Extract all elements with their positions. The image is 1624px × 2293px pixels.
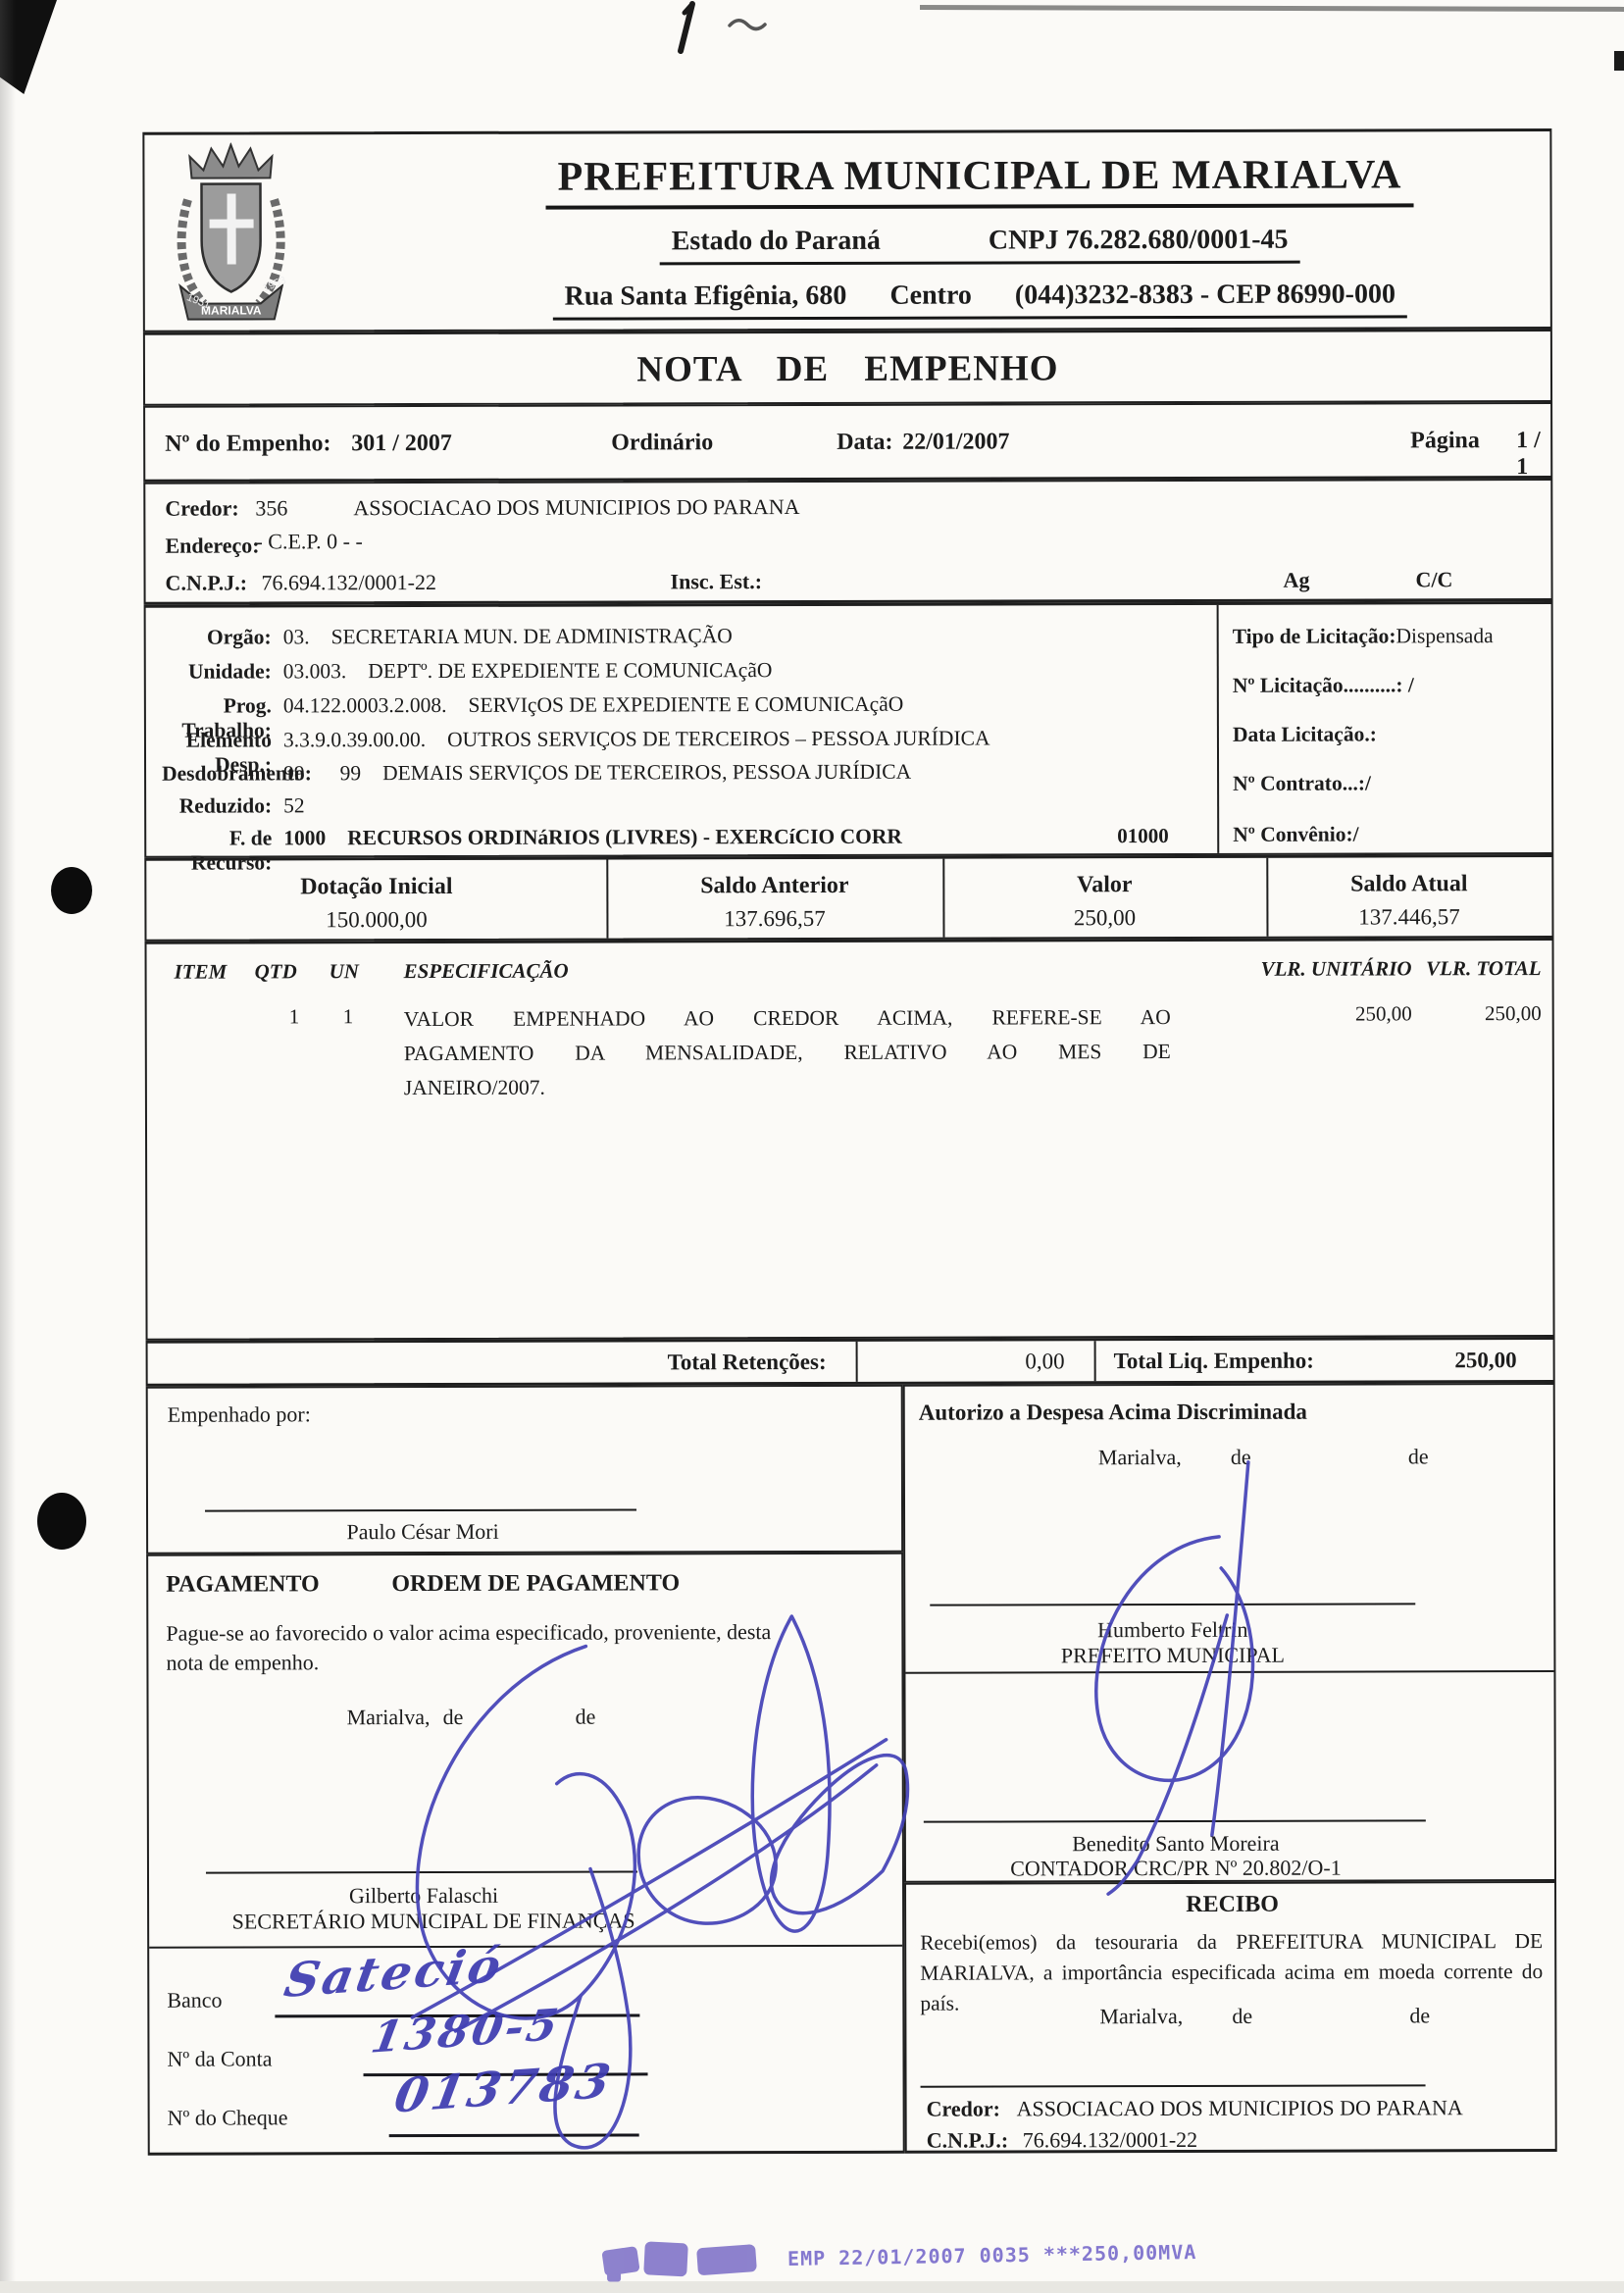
municipal-crest: 1951 MARIALVA 1953 (172, 142, 289, 327)
recibo-credor-label: Credor: (927, 2096, 1000, 2121)
address-street: Rua Santa Efigênia, 680 (565, 280, 847, 313)
budget-code: 03.003. (283, 659, 347, 684)
empenhado-signer-name: Paulo César Mori (256, 1519, 589, 1546)
budget-label: Desdobramento: (162, 761, 272, 786)
creditor-cnpj-label: C.N.P.J.: (166, 570, 248, 595)
autorizacao-box: Autorizo a Despesa Acima Discriminada Ma… (903, 1383, 1556, 1883)
banco-label: Banco (167, 1988, 222, 2013)
recibo-box: RECIBO Recebi(emos) da tesouraria da PRE… (904, 1881, 1557, 2154)
creditor-label: Credor: (165, 496, 238, 522)
licitacao-tipo: Tipo de Licitação:Dispensada (1233, 624, 1547, 649)
recibo-text-line: MARIALVA, a importância especificada aci… (920, 1957, 1543, 1989)
header-subtitle-row: Estado do Paraná CNPJ 76.282.680/0001-45 (439, 224, 1521, 266)
finance-secretary-title: SECRETÁRIO MUNICIPAL DE FINANÇAS (178, 1908, 688, 1934)
items-table: ITEM QTD UN ESPECIFICAÇÃO VLR. UNITÁRIO … (144, 938, 1554, 1341)
empenho-number-label: Nº do Empenho: (165, 431, 330, 457)
empenho-number-value: 301 / 2007 (351, 431, 452, 457)
item-spec-line: PAGAMENTO DA MENSALIDADE, RELATIVO AO ME… (404, 1035, 1171, 1071)
budget-desc: SECRETARIA MUN. DE ADMINISTRAÇÃO (331, 624, 733, 649)
budget-row-orgao: Orgão: 03. SECRETARIA MUN. DE ADMINISTRA… (162, 623, 1201, 650)
budget-code: 99 (283, 761, 305, 786)
agency-label: Ag (1284, 568, 1310, 593)
accountant-name: Benedito Santo Moreira (931, 1830, 1421, 1857)
saldo-atual-label: Saldo Atual (1266, 871, 1551, 898)
licitacao-divider (1217, 605, 1220, 853)
item-spec-line: JANEIRO/2007. (404, 1069, 1171, 1105)
autorizacao-de1: de (1231, 1445, 1251, 1470)
recibo-city: Marialva, (1099, 2004, 1183, 2029)
state-label: Estado do Paraná (672, 226, 881, 258)
saldo-anterior-label: Saldo Anterior (606, 873, 942, 900)
empenho-date-value: 22/01/2007 (902, 429, 1009, 455)
budget-label: Reduzido: (162, 793, 272, 818)
col-header-qtd: QTD (255, 959, 297, 984)
stamp-logo-mark (597, 2234, 784, 2285)
item-specification: VALOR EMPENHADO AO CREDOR ACIMA, REFERE-… (404, 1000, 1171, 1105)
recibo-text-line: Recebi(emos) da tesouraria da PREFEITURA… (920, 1926, 1543, 1959)
licitacao-tipo-valor: Dispensada (1396, 624, 1493, 647)
valor-value: 250,00 (942, 905, 1266, 932)
budget-label: Unidade: (162, 659, 272, 684)
budget-code: 03. (283, 625, 310, 649)
col-header-vlr-total: VLR. TOTAL (1393, 956, 1542, 981)
item-total-value: 250,00 (1393, 1001, 1542, 1026)
valor-label: Valor (942, 872, 1266, 899)
empenhado-por-box: Empenhado por: Paulo César Mori (146, 1385, 903, 1554)
pagamento-section-divider (149, 1945, 902, 1949)
account-label: C/C (1416, 567, 1453, 592)
dotacao-inicial-label: Dotação Inicial (146, 874, 606, 901)
values-row: Dotação Inicial 150.000,00 Saldo Anterio… (144, 854, 1553, 942)
budget-desc: DEPTº. DE EXPEDIENTE E COMUNICAçãO (368, 658, 772, 684)
item-spec-line: VALOR EMPENHADO AO CREDOR ACIMA, REFERE-… (404, 1000, 1171, 1037)
budget-code2: 99 (340, 761, 362, 786)
crest-name: MARIALVA (201, 303, 262, 317)
cheque-fill-line (389, 2133, 639, 2137)
autorizacao-city: Marialva, (1098, 1445, 1182, 1470)
page-number-label: Página (1410, 428, 1480, 454)
conta-label: Nº da Conta (167, 2046, 272, 2071)
address-phone-cep: (044)3232-8383 - CEP 86990-000 (1015, 279, 1396, 311)
pagamento-de2: de (576, 1705, 596, 1730)
retencoes-label: Total Retenções: (442, 1350, 827, 1376)
conta-handwritten-value: 1380-5 (368, 2000, 565, 2064)
empenho-date-label: Data: (837, 430, 892, 456)
item-number: 1 (289, 1004, 300, 1029)
budget-desc: DEMAIS SERVIÇOS DE TERCEIROS, PESSOA JUR… (382, 760, 911, 786)
signature-line (205, 1508, 636, 1511)
budget-row-reduzido: Reduzido: 52 (162, 791, 1201, 819)
accountant-title: CONTADOR CRC/PR Nº 20.802/O-1 (931, 1855, 1421, 1881)
ordem-pagamento-title: ORDEM DE PAGAMENTO (374, 1570, 697, 1598)
creditor-name: ASSOCIACAO DOS MUNICIPIOS DO PARANA (353, 494, 799, 521)
recibo-de1: de (1232, 2004, 1252, 2029)
header-title-row: PREFEITURA MUNICIPAL DE MARIALVA (438, 151, 1520, 210)
recibo-credor-value: ASSOCIACAO DOS MUNICIPIOS DO PARANA (1017, 2095, 1463, 2121)
budget-row-unidade: Unidade: 03.003. DEPTº. DE EXPEDIENTE E … (162, 657, 1201, 685)
col-header-vlr-unitario: VLR. UNITÁRIO (1206, 956, 1412, 982)
col-header-espec: ESPECIFICAÇÃO (404, 959, 569, 984)
liquido-value: 250,00 (1364, 1348, 1517, 1373)
creditor-code: 356 (255, 495, 287, 521)
finance-secretary-name: Gilberto Falaschi (257, 1883, 590, 1910)
licitacao-tipo-label: Tipo de Licitação: (1233, 624, 1396, 647)
empenhado-por-label: Empenhado por: (168, 1401, 311, 1427)
header-address-row: Rua Santa Efigênia, 680 Centro (044)3232… (439, 279, 1521, 321)
budget-desc: OUTROS SERVIÇOS DE TERCEIROS – PESSOA JU… (447, 727, 990, 752)
document-title-band: NOTA DE EMPENHO (143, 329, 1552, 406)
budget-desc: SERVIçOS DE EXPEDIENTE E COMUNICAçãO (468, 692, 903, 718)
recibo-cnpj-value: 76.694.132/0001-22 (1023, 2127, 1198, 2153)
state-registration-label: Insc. Est.: (671, 569, 763, 594)
mayor-name: Humberto Feltrin (930, 1616, 1415, 1643)
licitacao-numero: Nº Licitação..........: / (1233, 673, 1547, 698)
creditor-block: Credor: 356 ASSOCIACAO DOS MUNICIPIOS DO… (143, 479, 1552, 605)
recibo-cnpj-label: C.N.P.J.: (927, 2127, 1009, 2153)
pagamento-text-line: nota de empenho. (166, 1647, 774, 1678)
pagamento-box: PAGAMENTO ORDEM DE PAGAMENTO Pague-se ao… (146, 1553, 905, 2156)
signature-line (206, 1870, 637, 1873)
creditor-address-value: - C.E.P. 0 - - (255, 529, 362, 554)
col-header-un: UN (330, 959, 359, 984)
budget-recurso-extra: 01000 (1117, 824, 1169, 848)
col-header-item: ITEM (175, 960, 228, 985)
recibo-de2: de (1409, 2003, 1430, 2028)
mayor-title: PREFEITO MUNICIPAL (930, 1642, 1415, 1668)
budget-desc: RECURSOS ORDINáRIOS (LIVRES) - EXERCíCIO… (347, 825, 902, 850)
autorizacao-divider (905, 1670, 1553, 1674)
empenho-type: Ordinário (611, 430, 713, 456)
item-unit-value: 250,00 (1206, 1001, 1412, 1027)
empenho-info-row: Nº do Empenho: 301 / 2007 Ordinário Data… (143, 402, 1552, 483)
budget-code: 1000 (283, 826, 326, 850)
budget-block: Orgão: 03. SECRETARIA MUN. DE ADMINISTRA… (144, 601, 1554, 858)
page-title: PREFEITURA MUNICIPAL DE MARIALVA (545, 151, 1413, 209)
saldo-atual-value: 137.446,57 (1266, 904, 1551, 931)
licitacao-data: Data Licitação.: (1233, 722, 1547, 747)
address-district: Centro (889, 280, 972, 312)
item-row: 1 1 VALOR EMPENHADO AO CREDOR ACIMA, REF… (147, 941, 1552, 944)
dotacao-inicial-value: 150.000,00 (146, 907, 606, 934)
scanned-document-page: 1951 MARIALVA 1953 PREFEITURA MUNICIPAL … (0, 0, 1624, 2293)
banco-handwritten-value: Sateció (280, 1938, 508, 2009)
header-box: 1951 MARIALVA 1953 PREFEITURA MUNICIPAL … (142, 128, 1552, 332)
cnpj-label: CNPJ 76.282.680/0001-45 (989, 225, 1289, 257)
totals-divider (856, 1342, 858, 1382)
pagamento-text: Pague-se ao favorecido o valor acima esp… (166, 1617, 774, 1678)
page-number-value: 1 / 1 (1516, 428, 1550, 481)
creditor-address-label: Endereço: (165, 533, 259, 558)
saldo-anterior-value: 137.696,57 (606, 906, 942, 933)
document-title: NOTA DE EMPENHO (636, 348, 1058, 389)
totals-divider (1094, 1341, 1096, 1381)
creditor-cnpj-value: 76.694.132/0001-22 (262, 570, 437, 595)
document-body: 1951 MARIALVA 1953 PREFEITURA MUNICIPAL … (0, 0, 1624, 2293)
cheque-handwritten-value: 013783 (390, 2054, 617, 2124)
signature-line (924, 1819, 1426, 1822)
signature-line (921, 2084, 1426, 2087)
contrato-numero: Nº Contrato...:/ (1233, 771, 1547, 796)
signature-line (930, 1603, 1415, 1605)
budget-label: Orgão: (162, 625, 272, 649)
stamp-text: EMP 22/01/2007 0035 ***250,00MVA (787, 2240, 1197, 2270)
pagamento-text-line: Pague-se ao favorecido o valor acima esp… (166, 1617, 774, 1649)
pagamento-de1: de (443, 1705, 464, 1730)
item-quantity: 1 (343, 1004, 354, 1029)
budget-code: 52 (283, 793, 305, 818)
retencoes-value: 0,00 (928, 1349, 1065, 1374)
liquido-label: Total Liq. Empenho: (1114, 1349, 1314, 1375)
recibo-title: RECIBO (906, 1891, 1558, 1919)
budget-row-desdobramento: Desdobramento: 99 99 DEMAIS SERVIÇOS DE … (162, 759, 1201, 787)
pagamento-title: PAGAMENTO (166, 1571, 320, 1598)
cheque-label: Nº do Cheque (168, 2105, 288, 2130)
autorizacao-de2: de (1408, 1444, 1429, 1469)
autorizacao-title: Autorizo a Despesa Acima Discriminada (919, 1400, 1307, 1426)
budget-code: 3.3.9.0.39.00.00. (283, 728, 426, 752)
budget-code: 04.122.0003.2.008. (283, 693, 447, 718)
convenio-numero: Nº Convênio:/ (1233, 822, 1547, 847)
pagamento-city: Marialva, (347, 1705, 431, 1730)
totals-row: Total Retenções: 0,00 Total Liq. Empenho… (146, 1337, 1555, 1387)
